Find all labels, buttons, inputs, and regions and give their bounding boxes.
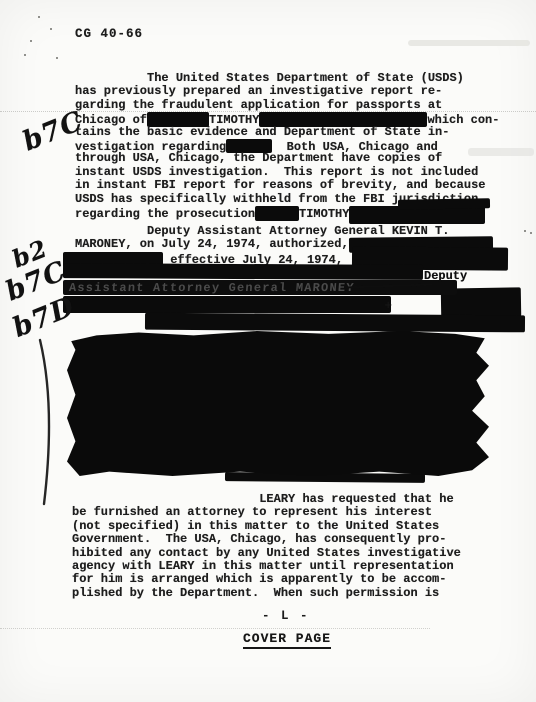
scan-speck [24,54,26,56]
redaction-bar [398,198,490,210]
handwritten-margin-line [28,332,68,512]
redaction-strikethrough-bar: Assistant Attorney General MARONEY [63,280,457,295]
redaction-bar-inline [255,206,299,221]
scan-artifact-dotted-line [0,628,430,629]
redaction-block [67,331,489,476]
redaction-bar [145,313,525,333]
typed-text-line: plished by the Department. When such per… [72,587,439,600]
typed-text-line: for him is arranged which is apparently … [72,573,446,586]
cover-page-label: COVER PAGE [243,631,331,649]
scan-speck [30,40,32,42]
typed-text-line: Chicago ofTIMOTHYwhich con- [75,112,499,125]
typed-text-line: be furnished an attorney to represent hi… [72,506,432,519]
page-number: - L - [262,609,310,623]
typed-text-line: Government. The USA, Chicago, has conseq… [72,533,446,546]
scan-artifact-streak [468,148,534,156]
scan-speck [56,57,58,59]
typed-text-line: has previously prepared an investigative… [75,85,442,98]
scan-speck [38,16,40,18]
plus-mark: + [384,300,392,311]
file-number: CG 40-66 [75,27,143,41]
scanned-document-page: CG 40-66 The United States Department of… [0,0,536,702]
typed-text-line: MARONEY, on July 24, 1974, authorized, [75,238,349,251]
typed-text-line: in instant FBI report for reasons of bre… [75,179,485,192]
redaction-bar [63,296,391,313]
redacted-strikethrough-text: Assistant Attorney General MARONEY [63,280,457,295]
redaction-bar [63,263,423,280]
scan-artifact-streak [408,40,530,46]
typed-text-line: garding the fraudulent application for p… [75,99,442,112]
scan-speck [524,230,526,232]
scan-speck [50,28,52,30]
typed-text-line: tains the basic evidence and Department … [75,126,449,139]
typed-text-line: through USA, Chicago, the Department hav… [75,152,442,165]
deputy-label: Deputy [424,270,467,283]
scan-speck [530,232,532,234]
